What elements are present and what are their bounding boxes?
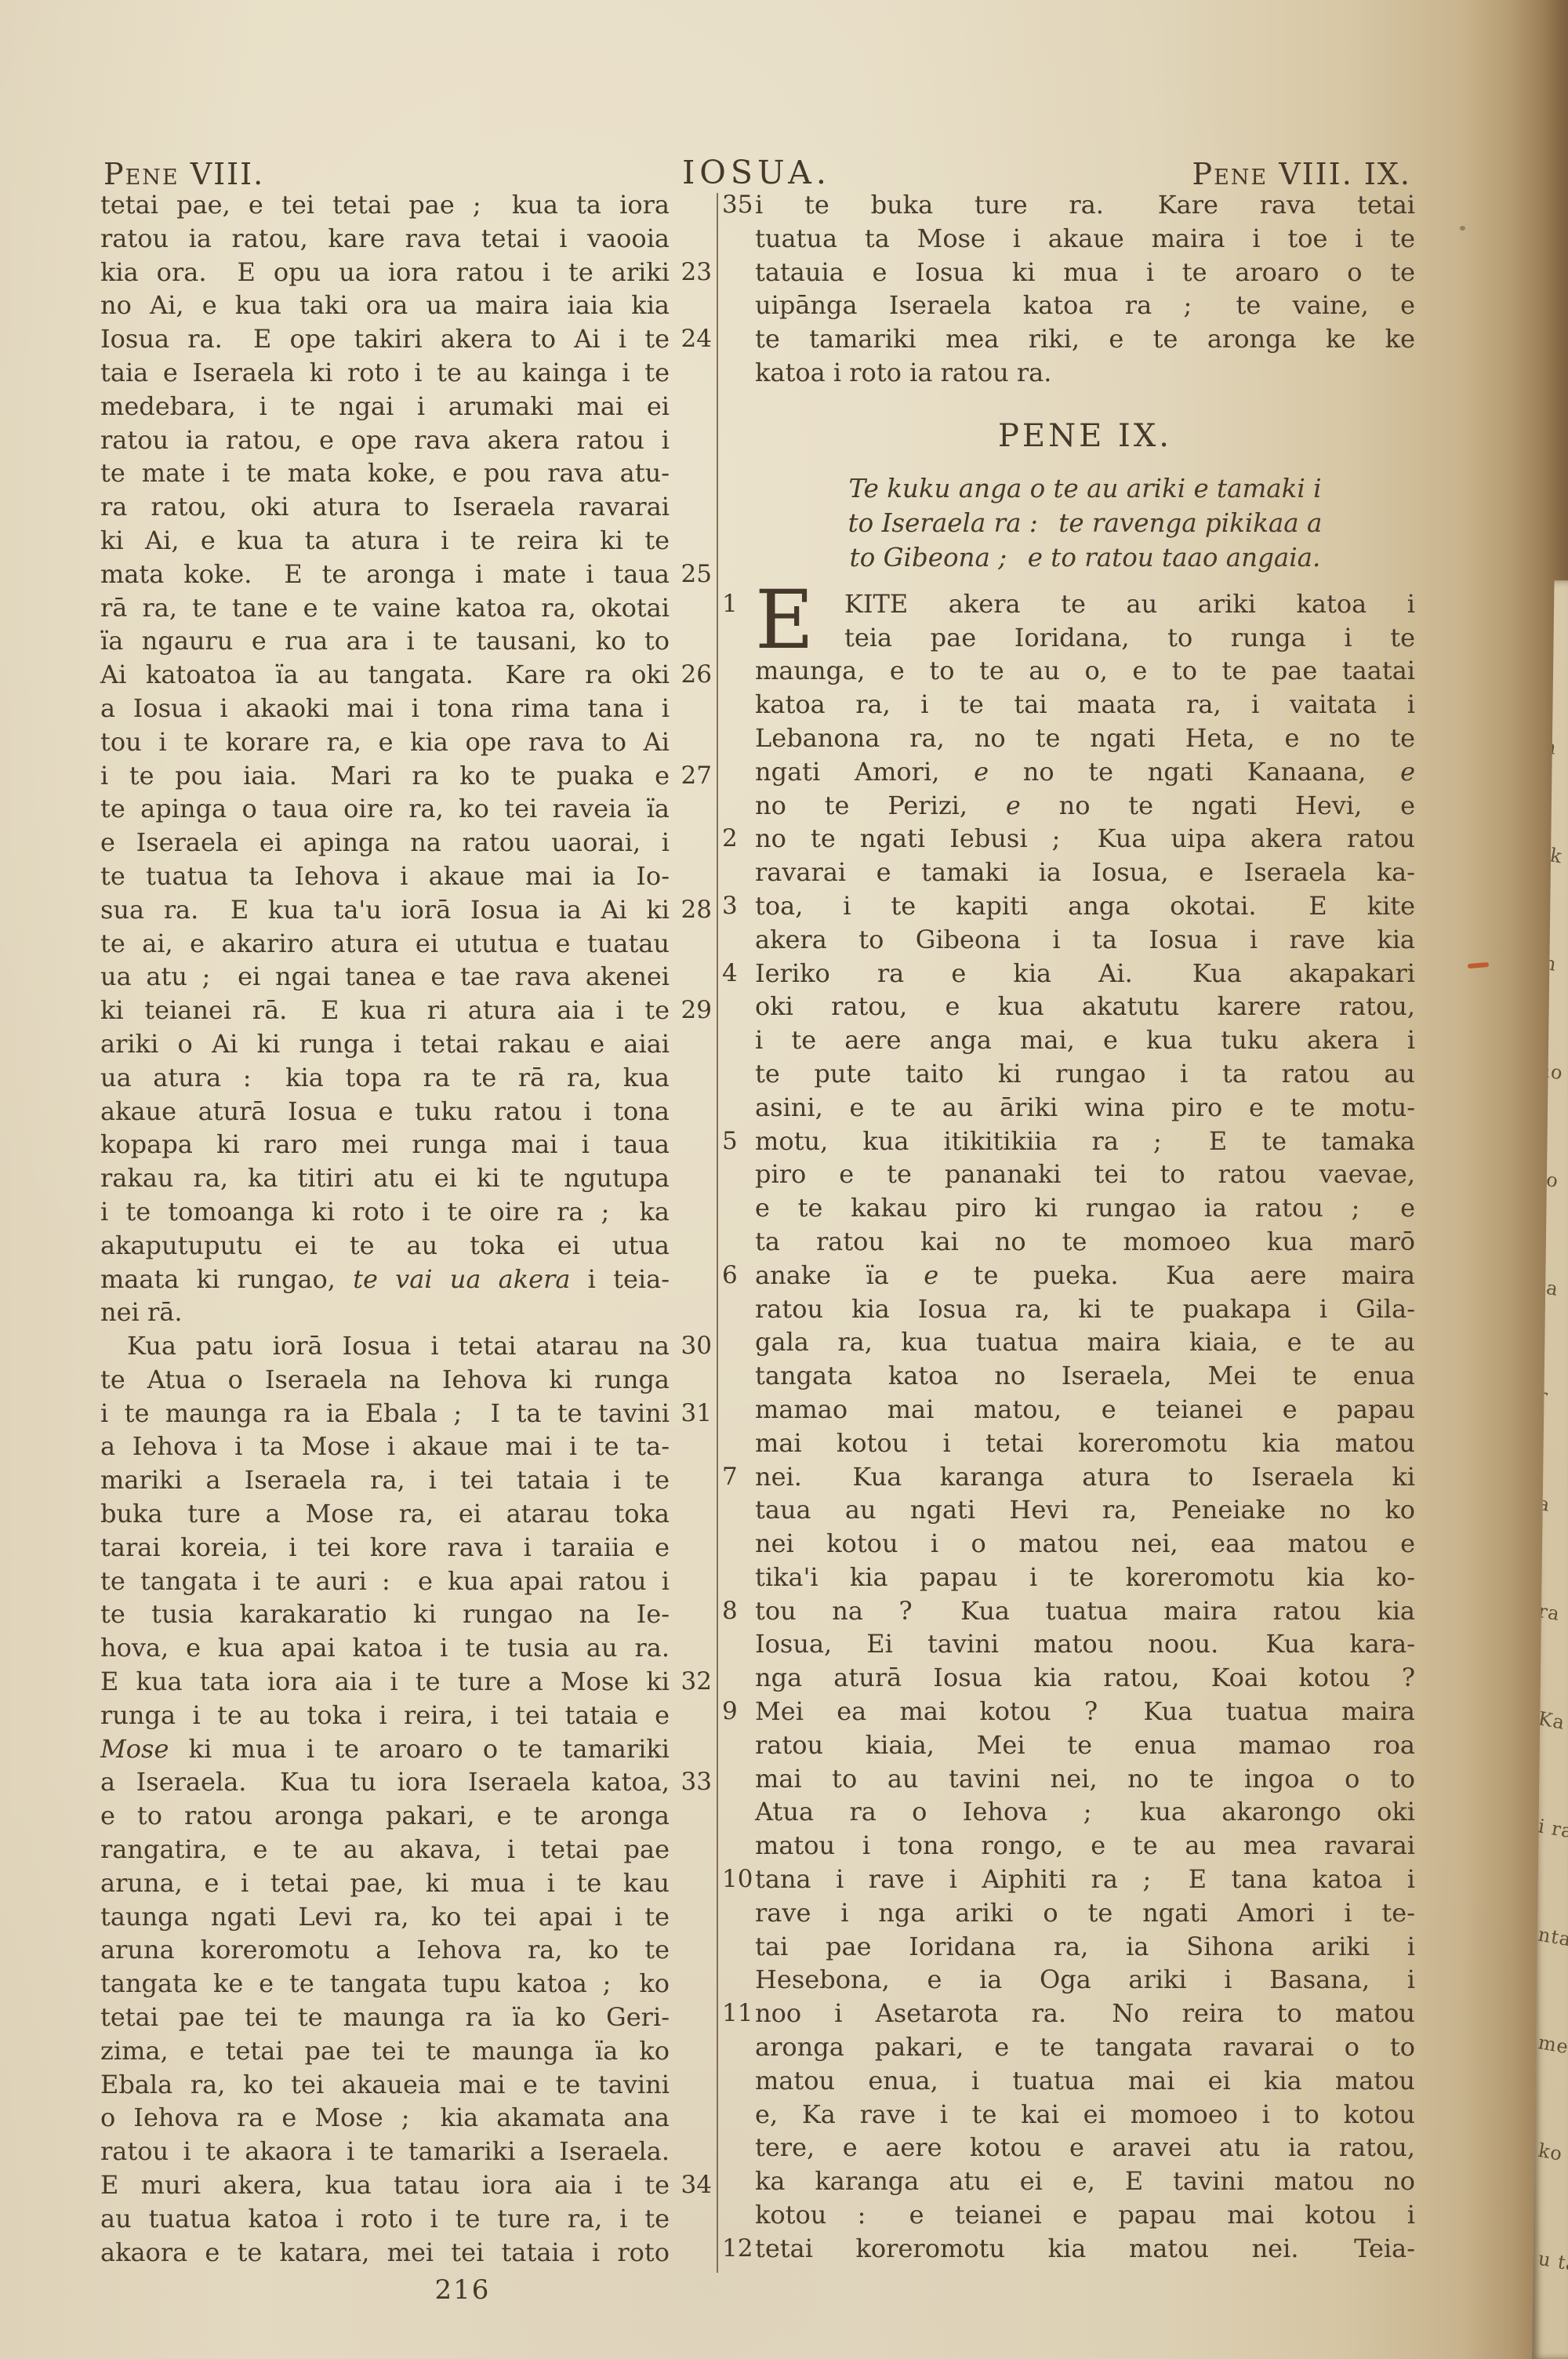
text-line: tarai koreia, i tei kore rava i taraiia …	[100, 1531, 706, 1565]
next-page-text-fragment: i ra	[1537, 1815, 1568, 1842]
text-line: rā ra, te tane e te vaine katoa ra, okot…	[100, 591, 706, 625]
verse-number: 8	[722, 1594, 738, 1628]
next-page-text-fragment: to	[1537, 1167, 1561, 1192]
text-line: tai pae Ioridana ra, ia Sihona ariki i	[755, 1930, 1415, 1964]
next-page-text-fragment: n	[1537, 627, 1553, 650]
text-line: Mose ki mua i te aroaro o te tamariki	[100, 1732, 706, 1766]
text-line: e to ratou aronga pakari, e te aronga	[100, 1799, 706, 1833]
text-line: piro e te pananaki tei to ratou vaevae,	[755, 1158, 1415, 1191]
next-page-text-fragment: ak	[1537, 842, 1564, 868]
verse-number: 29	[681, 994, 712, 1027]
text-line: te apinga o taua oire ra, ko tei raveia …	[100, 792, 706, 826]
text-line: nei rā.	[100, 1296, 706, 1329]
verse-number: 23	[681, 256, 712, 289]
text-line: rangatira, e te au akava, i tetai pae	[100, 1833, 706, 1866]
text-line: akaora e te katara, mei tei tataia i rot…	[100, 2236, 706, 2270]
text-line: te tusia karakaratio ki rungao na Ie-	[100, 1598, 706, 1631]
text-line: Ieriko ra e kia Ai. Kua akapakari4	[755, 957, 1415, 990]
text-line: e, Ka rave i te kai ei momoeo i to kotou	[755, 2098, 1415, 2132]
verse-number: 11	[722, 1997, 753, 2030]
text-line: teia pae Ioridana, to runga i te	[755, 621, 1415, 655]
next-page-text-fragment: nta	[1537, 1924, 1568, 1951]
text-line: e te kakau piro ki rungao ia ratou ; e	[755, 1191, 1415, 1225]
text-line: akaputuputu ei te au toka ei utua	[100, 1229, 706, 1263]
text-line: tou na ? Kua tuatua maira ratou kia8	[755, 1594, 1415, 1628]
verse-number: 24	[681, 322, 712, 356]
verse-number: 12	[722, 2232, 753, 2266]
text-line: ratou ia ratou, e ope rava akera ratou i	[100, 423, 706, 457]
text-line: motu, kua itikitikiia ra ; E te tamaka5	[755, 1125, 1415, 1158]
text-line: katoa ra, i te tai maata ra, i vaitata i	[755, 688, 1415, 722]
ink-speck	[1468, 962, 1489, 969]
text-line: tou i te korare ra, e kia ope rava to Ai	[100, 725, 706, 759]
verse-number: 25	[681, 558, 712, 591]
verse-number: 3	[722, 889, 738, 923]
next-page-text-fragment: no	[1537, 1058, 1565, 1084]
text-line: ravarai e tamaki ia Iosua, e Iseraela ka…	[755, 856, 1415, 889]
text-line: mai to au tavini nei, no te ingoa o to	[755, 1762, 1415, 1796]
chapter-summary-line: to Iseraela ra : te ravenga pikikaa a	[755, 506, 1415, 540]
text-line: i te maunga ra ia Ebala ; I ta te tavini…	[100, 1397, 706, 1430]
text-line: uipānga Iseraela katoa ra ; te vaine, e	[755, 289, 1415, 322]
verse-number: 5	[722, 1125, 738, 1158]
text-line: aruna koreromotu a Iehova ra, ko te	[100, 1933, 706, 1967]
text-line: tere, e aere kotou e aravei atu ia ratou…	[755, 2131, 1415, 2165]
text-line: medebara, i te ngai i arumaki mai ei	[100, 390, 706, 423]
text-line: ngati Amori, e no te ngati Kanaana, e	[755, 755, 1415, 789]
verse-number: 30	[681, 1329, 712, 1363]
text-line: akera to Gibeona i ta Iosua i rave kia	[755, 923, 1415, 957]
text-line: a Iosua i akaoki mai i tona rima tana i	[100, 692, 706, 725]
paper-speck	[1460, 226, 1465, 231]
text-line: E muri akera, kua tatau iora aia i te34	[100, 2168, 706, 2202]
text-line: Lebanona ra, no te ngati Heta, e no te	[755, 722, 1415, 755]
text-line: akaue aturā Iosua e tuku ratou i tona	[100, 1095, 706, 1129]
text-line: nei kotou i o matou nei, eaa matou e	[755, 1527, 1415, 1561]
next-page-text-fragment: m	[1537, 951, 1559, 976]
text-line: runga i te au toka i reira, i tei tataia…	[100, 1699, 706, 1732]
verse-number: 28	[681, 893, 712, 927]
text-line: kotou : e teianei e papau mai kotou i	[755, 2198, 1415, 2232]
text-line: E kua tata iora aia i te ture a Mose ki3…	[100, 1665, 706, 1699]
text-line: Iosua ra. E ope takiri akera to Ai i te2…	[100, 322, 706, 356]
next-page-text-fragment: ra	[1537, 1600, 1562, 1625]
text-line: te ai, e akariro atura ei ututua e tuata…	[100, 927, 706, 961]
text-line: oki ratou, e kua akatutu karere ratou,	[755, 990, 1415, 1023]
text-line: Ebala ra, ko tei akaueia mai e te tavini	[100, 2068, 706, 2102]
verse-number: 33	[681, 1765, 712, 1799]
text-line: noo i Asetarota ra. No reira to matou11	[755, 1997, 1415, 2030]
text-line: gala ra, kua tuatua maira kiaia, e te au	[755, 1325, 1415, 1359]
book-title: IOSUA.	[682, 154, 831, 191]
text-line: mamao mai matou, e teianei e papau	[755, 1393, 1415, 1427]
next-page-text-fragment: u ta	[1537, 2248, 1568, 2276]
text-line: matou enua, i tuatua mai ei kia matou	[755, 2064, 1415, 2098]
text-line: kia ora. E opu ua iora ratou i te ariki2…	[100, 256, 706, 289]
verse-number: 9	[722, 1695, 738, 1728]
chapter-summary-line: Te kuku anga o te au ariki e tamaki i	[755, 471, 1415, 506]
verse-number: 6	[722, 1259, 738, 1292]
text-line: ratou ia ratou, kare rava tetai i vaooia	[100, 222, 706, 256]
text-line: i te buka ture ra. Kare rava tetai35	[755, 188, 1415, 222]
text-line: aruna, e i tetai pae, ki mua i te kau	[100, 1866, 706, 1900]
text-line: zima, e tetai pae tei te maunga ïa ko	[100, 2034, 706, 2068]
text-line: tetai pae, e tei tetai pae ; kua ta iora	[100, 188, 706, 222]
text-line: tangata katoa no Iseraela, Mei te enua	[755, 1359, 1415, 1393]
text-line: tetai pae tei te maunga ra ïa ko Geri-	[100, 2001, 706, 2034]
text-line: no te Perizi, e no te ngati Hevi, e	[755, 789, 1415, 823]
running-head-left: Pene VIII.	[103, 157, 264, 191]
column-divider	[717, 193, 718, 2273]
verse-number: 35	[722, 188, 753, 222]
verse-number: 4	[722, 957, 738, 990]
text-line: tetai koreromotu kia matou nei. Teia-12	[755, 2232, 1415, 2266]
text-line: taunga ngati Levi ra, ko tei apai i te	[100, 1900, 706, 1934]
next-page-text-fragment: Ka	[1537, 1707, 1567, 1734]
text-line: ratou i te akaora i te tamariki a Iserae…	[100, 2135, 706, 2168]
text-line: ki Ai, e kua ta atura i te reira ki te	[100, 524, 706, 558]
text-line: no Ai, e kua taki ora ua maira iaia kia	[100, 289, 706, 322]
verse-number: 10	[722, 1863, 753, 1896]
text-line: te tuatua ta Iehova i akaue mai ia Io-	[100, 860, 706, 893]
text-line: ua atu ; ei ngai tanea e tae rava akenei	[100, 960, 706, 994]
text-line: kopapa ki raro mei runga mai i taua	[100, 1128, 706, 1161]
text-line: tika'i kia papau i te koreromotu kia ko-	[755, 1561, 1415, 1594]
verse-number: 2	[722, 822, 738, 856]
verse-number: 34	[681, 2168, 712, 2202]
text-line: tuatua ta Mose i akaue maira i toe i te	[755, 222, 1415, 256]
chapter-summary-line: to Gibeona ; e to ratou taao angaia.	[755, 540, 1415, 575]
text-line: asini, e te au āriki wina piro e te motu…	[755, 1091, 1415, 1125]
text-line: a Iseraela. Kua tu iora Iseraela katoa,3…	[100, 1765, 706, 1799]
verse-number: 7	[722, 1460, 738, 1494]
left-column: tetai pae, e tei tetai pae ; kua ta iora…	[100, 188, 706, 2269]
verse-number: 32	[681, 1665, 712, 1699]
text-line: Atua ra o Iehova ; kua akarongo oki	[755, 1795, 1415, 1829]
text-line: tatauia e Iosua ki mua i te aroaro o te	[755, 256, 1415, 289]
text-line: mai kotou i tetai koreromotu kia matou	[755, 1427, 1415, 1460]
text-line: toa, i te kapiti anga okotai. E kite3	[755, 889, 1415, 923]
text-line: i te tomoanga ki roto i te oire ra ; ka	[100, 1195, 706, 1229]
text-line: tangata ke e te tangata tupu katoa ; ko	[100, 1967, 706, 2001]
text-line: ïa ngauru e rua ara i te tausani, ko to	[100, 624, 706, 658]
text-line: i te pou iaia. Mari ra ko te puaka e27	[100, 759, 706, 793]
text-line: a Iehova i ta Mose i akaue mai i te ta-	[100, 1430, 706, 1463]
text-line: ratou kia Iosua ra, ki te puakapa i Gila…	[755, 1292, 1415, 1326]
text-line: taia e Iseraela ki roto i te au kainga i…	[100, 356, 706, 390]
text-line: aronga pakari, e te tangata ravarai o to	[755, 2030, 1415, 2064]
right-column: i te buka ture ra. Kare rava tetai35tuat…	[755, 188, 1415, 2266]
text-line: ra ratou, oki atura to Iseraela ravarai	[100, 490, 706, 524]
text-line: ua atura : kia topa ra te rā ra, kua	[100, 1061, 706, 1095]
text-line: ariki o Ai ki runga i tetai rakau e aiai	[100, 1027, 706, 1061]
text-line: ta ratou kai no te momoeo kua marō	[755, 1225, 1415, 1259]
text-line: sua ra. E kua ta'u iorā Iosua ia Ai ki28	[100, 893, 706, 927]
verse-number: 31	[681, 1397, 712, 1430]
text-line: maata ki rungao, te vai ua akera i teia-	[100, 1263, 706, 1296]
text-line: maunga, e to te au o, e to te pae taatai	[755, 654, 1415, 688]
text-line: au tuatua katoa i roto i te ture ra, i t…	[100, 2202, 706, 2236]
chapter-heading: PENE IX.	[755, 390, 1415, 471]
text-line: mariki a Iseraela ra, i tei tataia i te	[100, 1463, 706, 1497]
text-line: o Iehova ra e Mose ; kia akamata ana	[100, 2101, 706, 2135]
text-line: ki teianei rā. E kua ri atura aia i te29	[100, 994, 706, 1027]
text-line: te Atua o Iseraela na Iehova ki runga	[100, 1363, 706, 1397]
verse-number: 26	[681, 658, 712, 692]
text-line: anake ïa e te pueka. Kua aere maira6	[755, 1259, 1415, 1292]
text-line: rakau ra, ka titiri atu ei ki te ngutupa	[100, 1161, 706, 1195]
scanned-book-page: { "header":{"left":"Pene VIII.","center"…	[0, 0, 1568, 2359]
text-line: no te ngati Iebusi ; Kua uipa akera rato…	[755, 822, 1415, 856]
text-line: KITE akera te au ariki katoa iE1	[755, 587, 1415, 621]
text-line: Ai katoatoa ïa au tangata. Kare ra oki26	[100, 658, 706, 692]
text-line: ratou kiaia, Mei te enua mamao roa	[755, 1728, 1415, 1762]
text-line: Hesebona, e ia Oga ariki i Basana, i	[755, 1963, 1415, 1997]
text-line: hova, e kua apai katoa i te tusia au ra.	[100, 1631, 706, 1665]
page-number: 216	[161, 2274, 764, 2306]
text-line: e Iseraela ei apinga na ratou uaorai, i	[100, 826, 706, 860]
next-page-text-fragment: ko t	[1537, 2139, 1568, 2168]
text-line: te pute taito ki rungao i ta ratou au	[755, 1057, 1415, 1091]
text-line: te mate i te mata koke, e pou rava atu-	[100, 456, 706, 490]
text-line: Iosua, Ei tavini matou noou. Kua kara-	[755, 1627, 1415, 1661]
running-head-right: Pene VIII. IX.	[1192, 157, 1411, 191]
next-page-text-fragment: mei	[1537, 2031, 1568, 2059]
text-line: buka ture a Mose ra, ei atarau toka	[100, 1497, 706, 1531]
next-page-text-fragment: a	[1537, 1492, 1552, 1516]
text-line: tana i rave i Aiphiti ra ; E tana katoa …	[755, 1863, 1415, 1896]
text-line: i te aere anga mai, e kua tuku akera i	[755, 1023, 1415, 1057]
text-line: nei. Kua karanga atura to Iseraela ki7	[755, 1460, 1415, 1494]
text-line: mata koke. E te aronga i mate i taua25	[100, 558, 706, 591]
verse-number: 1	[722, 587, 738, 621]
text-line: ka karanga atu ei e, E tavini matou no	[755, 2165, 1415, 2198]
text-line: rave i nga ariki o te ngati Amori i te-	[755, 1896, 1415, 1930]
text-line: nga aturā Iosua kia ratou, Koai kotou ?	[755, 1661, 1415, 1695]
text-line: matou i tona rongo, e te au mea ravarai	[755, 1829, 1415, 1863]
next-page-text-fragment: m	[1537, 734, 1559, 759]
verse-number: 27	[681, 759, 712, 793]
next-page-text-fragment: r	[1537, 1384, 1550, 1408]
text-line: te tangata i te auri : e kua apai ratou …	[100, 1565, 706, 1598]
text-line: Mei ea mai kotou ? Kua tuatua maira9	[755, 1695, 1415, 1728]
text-line: katoa i roto ia ratou ra.	[755, 356, 1415, 390]
text-line: te tamariki mea riki, e te aronga ke ke	[755, 322, 1415, 356]
next-page-edge: nmakmnototararaKai rantameiko tu ta	[1532, 580, 1568, 2359]
text-line: taua au ngati Hevi ra, Peneiake no ko	[755, 1493, 1415, 1527]
next-page-text-fragment: ta	[1537, 1275, 1560, 1300]
text-line: Kua patu iorā Iosua i tetai atarau na30	[100, 1329, 706, 1363]
